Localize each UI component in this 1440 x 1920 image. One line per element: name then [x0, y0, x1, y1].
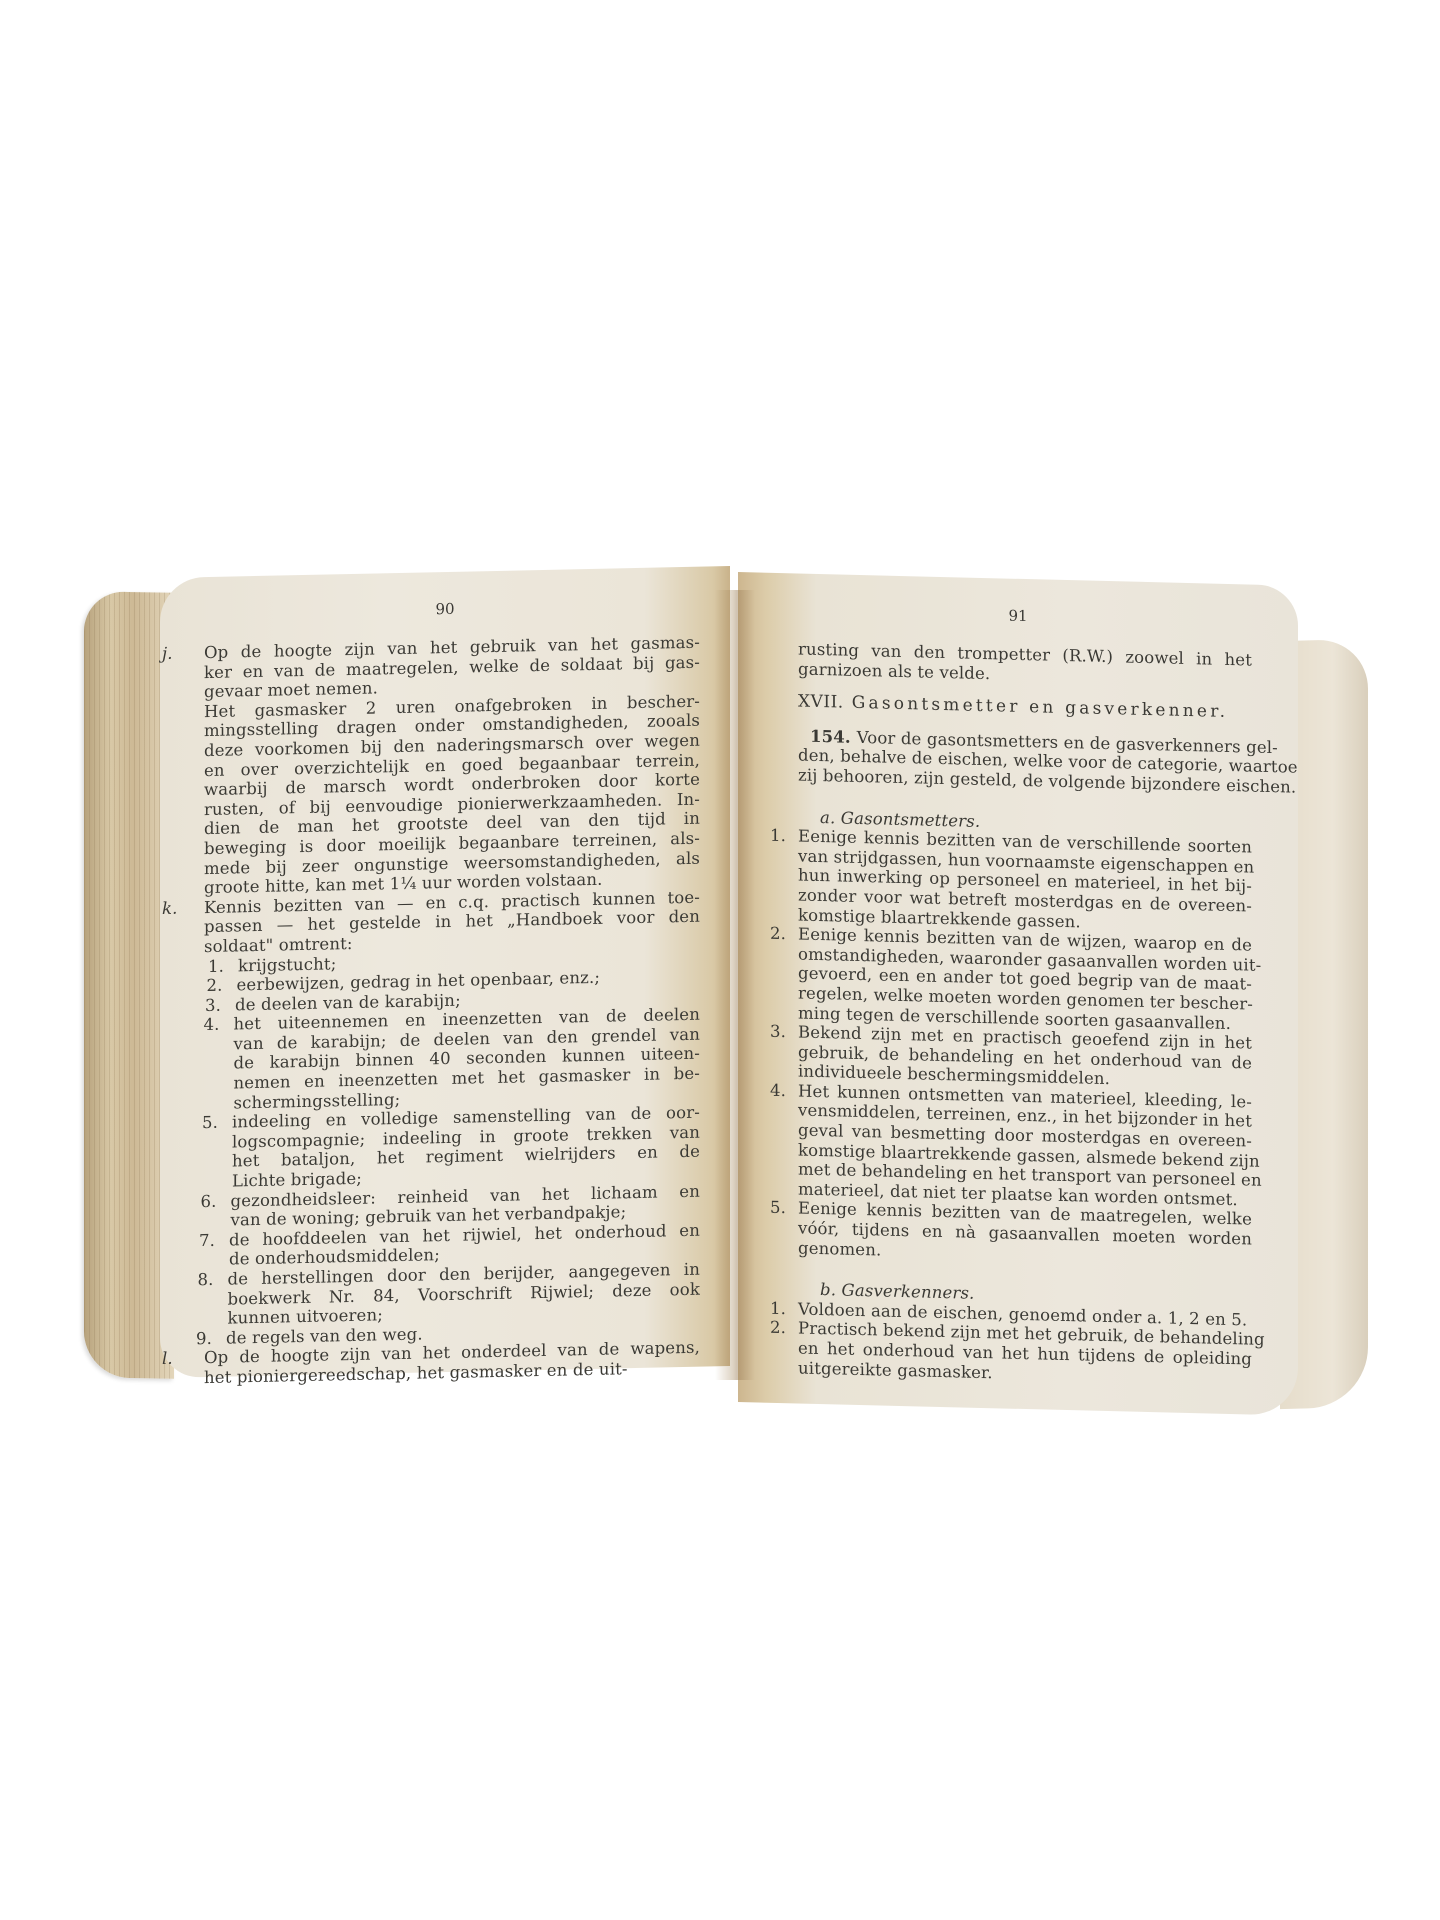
list-item: 5.indeeling en volledige samenstelling v… — [204, 1103, 700, 1192]
article-paragraph: 154. Voor de gasontsmetters en de gasver… — [798, 726, 1252, 796]
list-item: 1.Eenige kennis bezitten van de verschil… — [798, 827, 1252, 936]
item-number: 3. — [770, 1022, 786, 1042]
item-marker: k. — [162, 898, 178, 918]
section-title: Gasverkenners. — [842, 1281, 975, 1303]
left-page-text: j.Op de hoogte zijn van het gebruik van … — [204, 633, 700, 1388]
list-item: 4.Het kunnen ontsmetten van materieel, k… — [798, 1081, 1252, 1210]
section-letter: b. — [820, 1280, 842, 1300]
list-item: 4.het uiteennemen en ineenzetten van de … — [204, 1005, 700, 1113]
chapter-heading: XVII.Gasontsmetter en gasverkenner. — [798, 693, 1252, 724]
item-number: 1. — [208, 956, 224, 976]
open-book: 90 j.Op de hoogte zijn van het gebruik v… — [0, 0, 1440, 1920]
page-number-left: 90 — [160, 594, 730, 624]
page-number-right: 91 — [738, 600, 1298, 632]
item-number: 9. — [196, 1329, 212, 1349]
item-number: 3. — [205, 995, 221, 1015]
item-number: 6. — [201, 1191, 217, 1211]
right-page: 91 rusting van den trompetter (R.W.) zoo… — [738, 572, 1298, 1416]
list-item: 2.Eenige kennis bezitten van de wijzen, … — [798, 925, 1252, 1034]
continuation-paragraph: rusting van den trompetter (R.W.) zoowel… — [798, 639, 1252, 689]
right-page-text: rusting van den trompetter (R.W.) zoowel… — [798, 639, 1252, 1388]
list-item: 2.Practisch bekend zijn met het gebruik,… — [798, 1319, 1252, 1389]
list-item: 8.de herstellingen door den berijder, aa… — [204, 1260, 700, 1329]
item-marker: j. — [162, 644, 173, 664]
paragraph: k.Kennis bezitten van — en c.q. practisc… — [204, 887, 700, 956]
item-marker: l. — [162, 1349, 173, 1369]
item-number: 1. — [770, 826, 786, 846]
item-number: 8. — [198, 1270, 214, 1290]
paragraph: j.Op de hoogte zijn van het gebruik van … — [204, 633, 700, 702]
article-number: 154. — [810, 727, 857, 747]
list-item: 5.Eenige kennis bezitten van de maatrege… — [798, 1199, 1252, 1269]
item-number: 2. — [770, 1318, 786, 1338]
chapter-title: Gasontsmetter en gasverkenner. — [852, 693, 1229, 722]
item-number: 5. — [202, 1113, 218, 1133]
section-title: Gasontsmetters. — [841, 808, 980, 830]
paragraph: Het gasmasker 2 uren onafgebroken in bes… — [204, 691, 700, 897]
item-number: 5. — [770, 1198, 786, 1218]
item-number: 1. — [770, 1299, 786, 1319]
item-number: 2. — [770, 924, 786, 944]
left-page: 90 j.Op de hoogte zijn van het gebruik v… — [160, 566, 730, 1378]
item-number: 4. — [770, 1081, 786, 1101]
item-number: 4. — [204, 1015, 220, 1035]
chapter-number: XVII. — [798, 692, 844, 713]
list-item: 3.Bekend zijn met en practisch geoefend … — [798, 1023, 1252, 1093]
item-number: 7. — [199, 1231, 215, 1251]
item-number: 2. — [207, 976, 223, 996]
section-letter: a. — [820, 808, 841, 828]
